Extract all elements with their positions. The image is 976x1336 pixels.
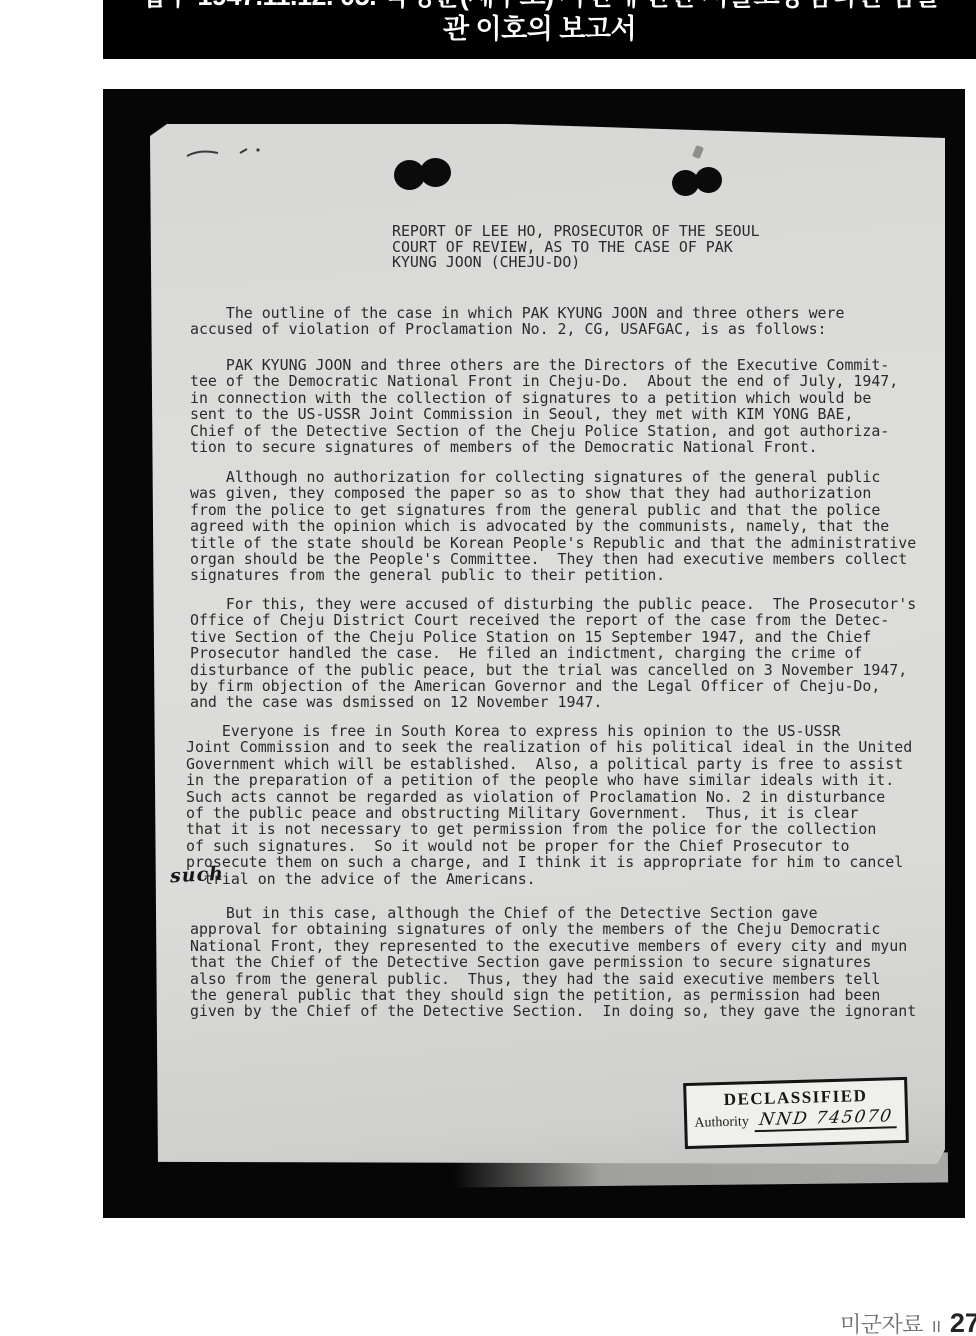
hole-icon xyxy=(695,167,722,193)
footer-page-number: 279 xyxy=(950,1308,976,1336)
banner-title-line2: 관 이호의 보고서 xyxy=(103,13,976,46)
title-banner: 접수 1947.11.12. 05. 박경훈(제주도) 사건에 관한 서울고등심… xyxy=(103,0,976,59)
paragraph-6: But in this case, although the Chief of … xyxy=(190,905,916,1020)
footer-volume-label: II xyxy=(932,1319,941,1336)
handwritten-insert-such: such xyxy=(169,863,224,888)
stamp-authority-row: Authority NND 745070 xyxy=(687,1106,906,1134)
paragraph-4: For this, they were accused of disturbin… xyxy=(190,596,916,711)
footer-series-label: 미군자료 xyxy=(840,1308,923,1336)
fastener-holes-right-icon xyxy=(672,167,726,196)
document-page: REPORT OF LEE HO, PROSECUTOR OF THE SEOU… xyxy=(150,124,945,1164)
authority-label: Authority xyxy=(694,1114,749,1131)
book-footer: 미군자료 II 279 xyxy=(840,1308,976,1336)
paper-speck xyxy=(692,145,704,159)
hole-icon xyxy=(420,158,451,187)
paragraph-2: PAK KYUNG JOON and three others are the … xyxy=(190,357,898,455)
scanned-document-region: REPORT OF LEE HO, PROSECUTOR OF THE SEOU… xyxy=(103,89,965,1218)
report-title: REPORT OF LEE HO, PROSECUTOR OF THE SEOU… xyxy=(392,224,760,271)
declassified-stamp: DECLASSIFIED Authority NND 745070 xyxy=(683,1077,909,1149)
banner-title: 접수 1947.11.12. 05. 박경훈(제주도) 사건에 관한 서울고등심… xyxy=(103,0,976,46)
fastener-holes-left-icon xyxy=(394,158,454,190)
paragraph-5: Everyone is free in South Korea to expre… xyxy=(186,723,912,887)
paragraph-1: The outline of the case in which PAK KYU… xyxy=(190,305,844,338)
pen-mark-icon xyxy=(184,144,268,162)
authority-number: NND 745070 xyxy=(755,1106,900,1132)
banner-title-line1: 접수 1947.11.12. 05. 박경훈(제주도) 사건에 관한 서울고등심… xyxy=(103,0,976,13)
paragraph-3: Although no authorization for collecting… xyxy=(190,469,916,584)
